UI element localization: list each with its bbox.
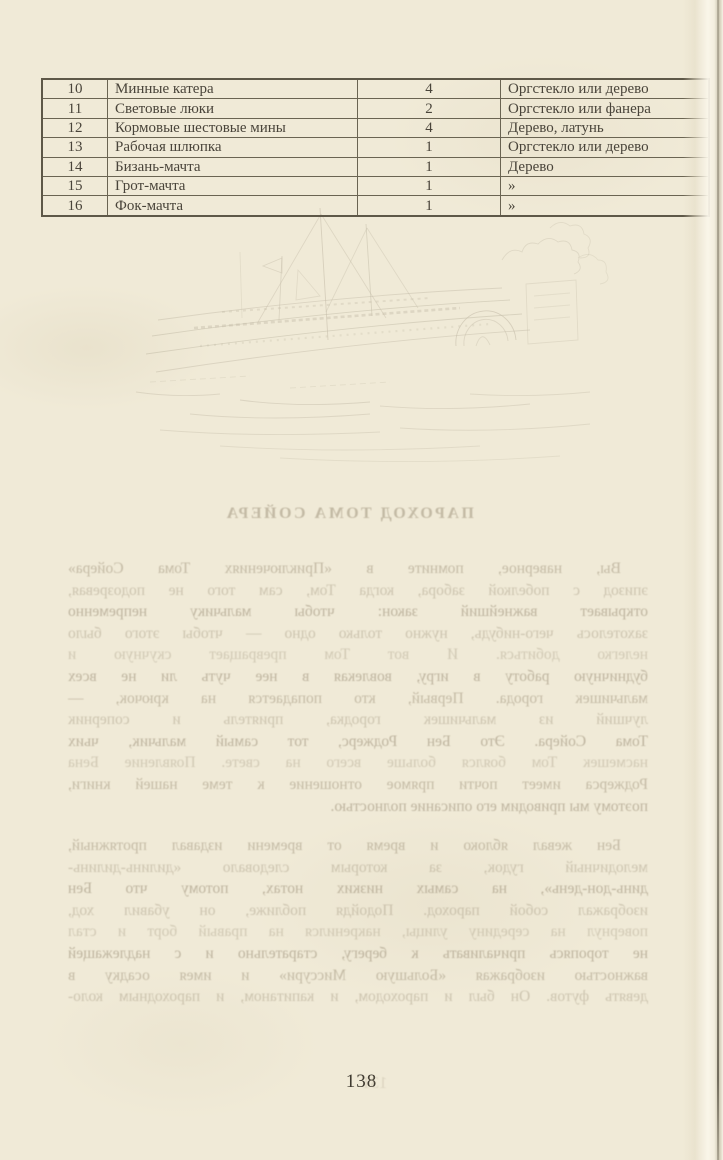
table-cell: 2 bbox=[358, 99, 501, 118]
table-cell: Оргстекло или фанера bbox=[501, 99, 710, 118]
table-cell: Бизань-мачта bbox=[108, 157, 358, 176]
table-cell: Кормовые шестовые мины bbox=[108, 118, 358, 137]
table-row: 15Грот-мачта1» bbox=[42, 176, 709, 195]
showthrough-line: нелегко добиться. И вот Том превращает с… bbox=[68, 644, 648, 666]
table-cell: Оргстекло или дерево bbox=[501, 79, 710, 99]
showthrough-line: девять футов. Он был и пароходом, и капи… bbox=[68, 986, 648, 1008]
table-cell: Минные катера bbox=[108, 79, 358, 99]
showthrough-line: Вы, наверное, помните в «Приключениях То… bbox=[68, 558, 648, 580]
paddle-steamer-sketch bbox=[130, 200, 620, 466]
table-cell: » bbox=[501, 196, 710, 216]
table-cell: 14 bbox=[42, 157, 108, 176]
page-edge-line bbox=[717, 0, 719, 1160]
showthrough-line: важностью изображая «Большую Миссури» и … bbox=[68, 965, 648, 987]
table-cell: Дерево, латунь bbox=[501, 118, 710, 137]
showthrough-line: насмешек Том боялся больше всего на свет… bbox=[68, 752, 648, 774]
table-cell: 4 bbox=[358, 79, 501, 99]
showthrough-paragraph-1: Вы, наверное, помните в «Приключениях То… bbox=[68, 558, 648, 817]
table-cell: 13 bbox=[42, 138, 108, 157]
table-row: 13Рабочая шлюпка1Оргстекло или дерево bbox=[42, 138, 709, 157]
showthrough-page-number: 131 bbox=[362, 1073, 388, 1093]
table-cell: » bbox=[501, 176, 710, 195]
showthrough-line: Тома Сойера. Это Бен Роджерс, тот самый … bbox=[68, 731, 648, 753]
showthrough-line: открывает важнейший закон: чтобы мальчик… bbox=[68, 601, 648, 623]
table-row: 16Фок-мачта1» bbox=[42, 196, 709, 216]
showthrough-line: не торопясь причаливать к берегу, старат… bbox=[68, 943, 648, 965]
showthrough-line: Роджерса имеет почти прямое отношение к … bbox=[68, 774, 648, 796]
showthrough-line: мелодичный гудок, за которым следовало «… bbox=[68, 857, 648, 879]
showthrough-line: изображал собой пароход. Подойдя поближе… bbox=[68, 900, 648, 922]
table-cell: Оргстекло или дерево bbox=[501, 138, 710, 157]
showthrough-line: повернул на середину улицы, накренился н… bbox=[68, 921, 648, 943]
showthrough-heading: ПАРОХОД ТОМА СОЙЕРА bbox=[41, 505, 657, 523]
table-cell: 15 bbox=[42, 176, 108, 195]
table-row: 11Световые люки2Оргстекло или фанера bbox=[42, 99, 709, 118]
showthrough-line: Бен жевал яблоко и время от времени изда… bbox=[68, 835, 648, 857]
table-cell: Грот-мачта bbox=[108, 176, 358, 195]
showthrough-line: мальчишек города. Первый, кто попадается… bbox=[68, 688, 648, 710]
table-cell: 16 bbox=[42, 196, 108, 216]
showthrough-line: динь-дон-день», на самых низких нотах, п… bbox=[68, 878, 648, 900]
parts-table-body: 10Минные катера4Оргстекло или дерево11Св… bbox=[42, 79, 709, 216]
table-cell: 11 bbox=[42, 99, 108, 118]
table-cell: Фок-мачта bbox=[108, 196, 358, 216]
table-cell: 1 bbox=[358, 157, 501, 176]
showthrough-line: будничную работу в игру, вовлекая в нее … bbox=[68, 666, 648, 688]
showthrough-paragraph-2: Бен жевал яблоко и время от времени изда… bbox=[68, 835, 648, 1008]
table-row: 14Бизань-мачта1Дерево bbox=[42, 157, 709, 176]
showthrough-line: захотелось чего-нибудь, нужно только одн… bbox=[68, 623, 648, 645]
table-cell: 10 bbox=[42, 79, 108, 99]
showthrough-line: лучший из мальчишек городка, приятель и … bbox=[68, 709, 648, 731]
table-row: 10Минные катера4Оргстекло или дерево bbox=[42, 79, 709, 99]
showthrough-line: эпизод с побелкой забора, когда Том, сам… bbox=[68, 580, 648, 602]
parts-table: 10Минные катера4Оргстекло или дерево11Св… bbox=[41, 78, 710, 217]
table-cell: 12 bbox=[42, 118, 108, 137]
table-cell: 4 bbox=[358, 118, 501, 137]
table-cell: 1 bbox=[358, 196, 501, 216]
table-cell: Рабочая шлюпка bbox=[108, 138, 358, 157]
table-cell: 1 bbox=[358, 176, 501, 195]
table-cell: 1 bbox=[358, 138, 501, 157]
table-row: 12Кормовые шестовые мины4Дерево, латунь bbox=[42, 118, 709, 137]
table-cell: Дерево bbox=[501, 157, 710, 176]
table-cell: Световые люки bbox=[108, 99, 358, 118]
showthrough-line: поэтому мы приводим его описание полност… bbox=[68, 796, 648, 818]
